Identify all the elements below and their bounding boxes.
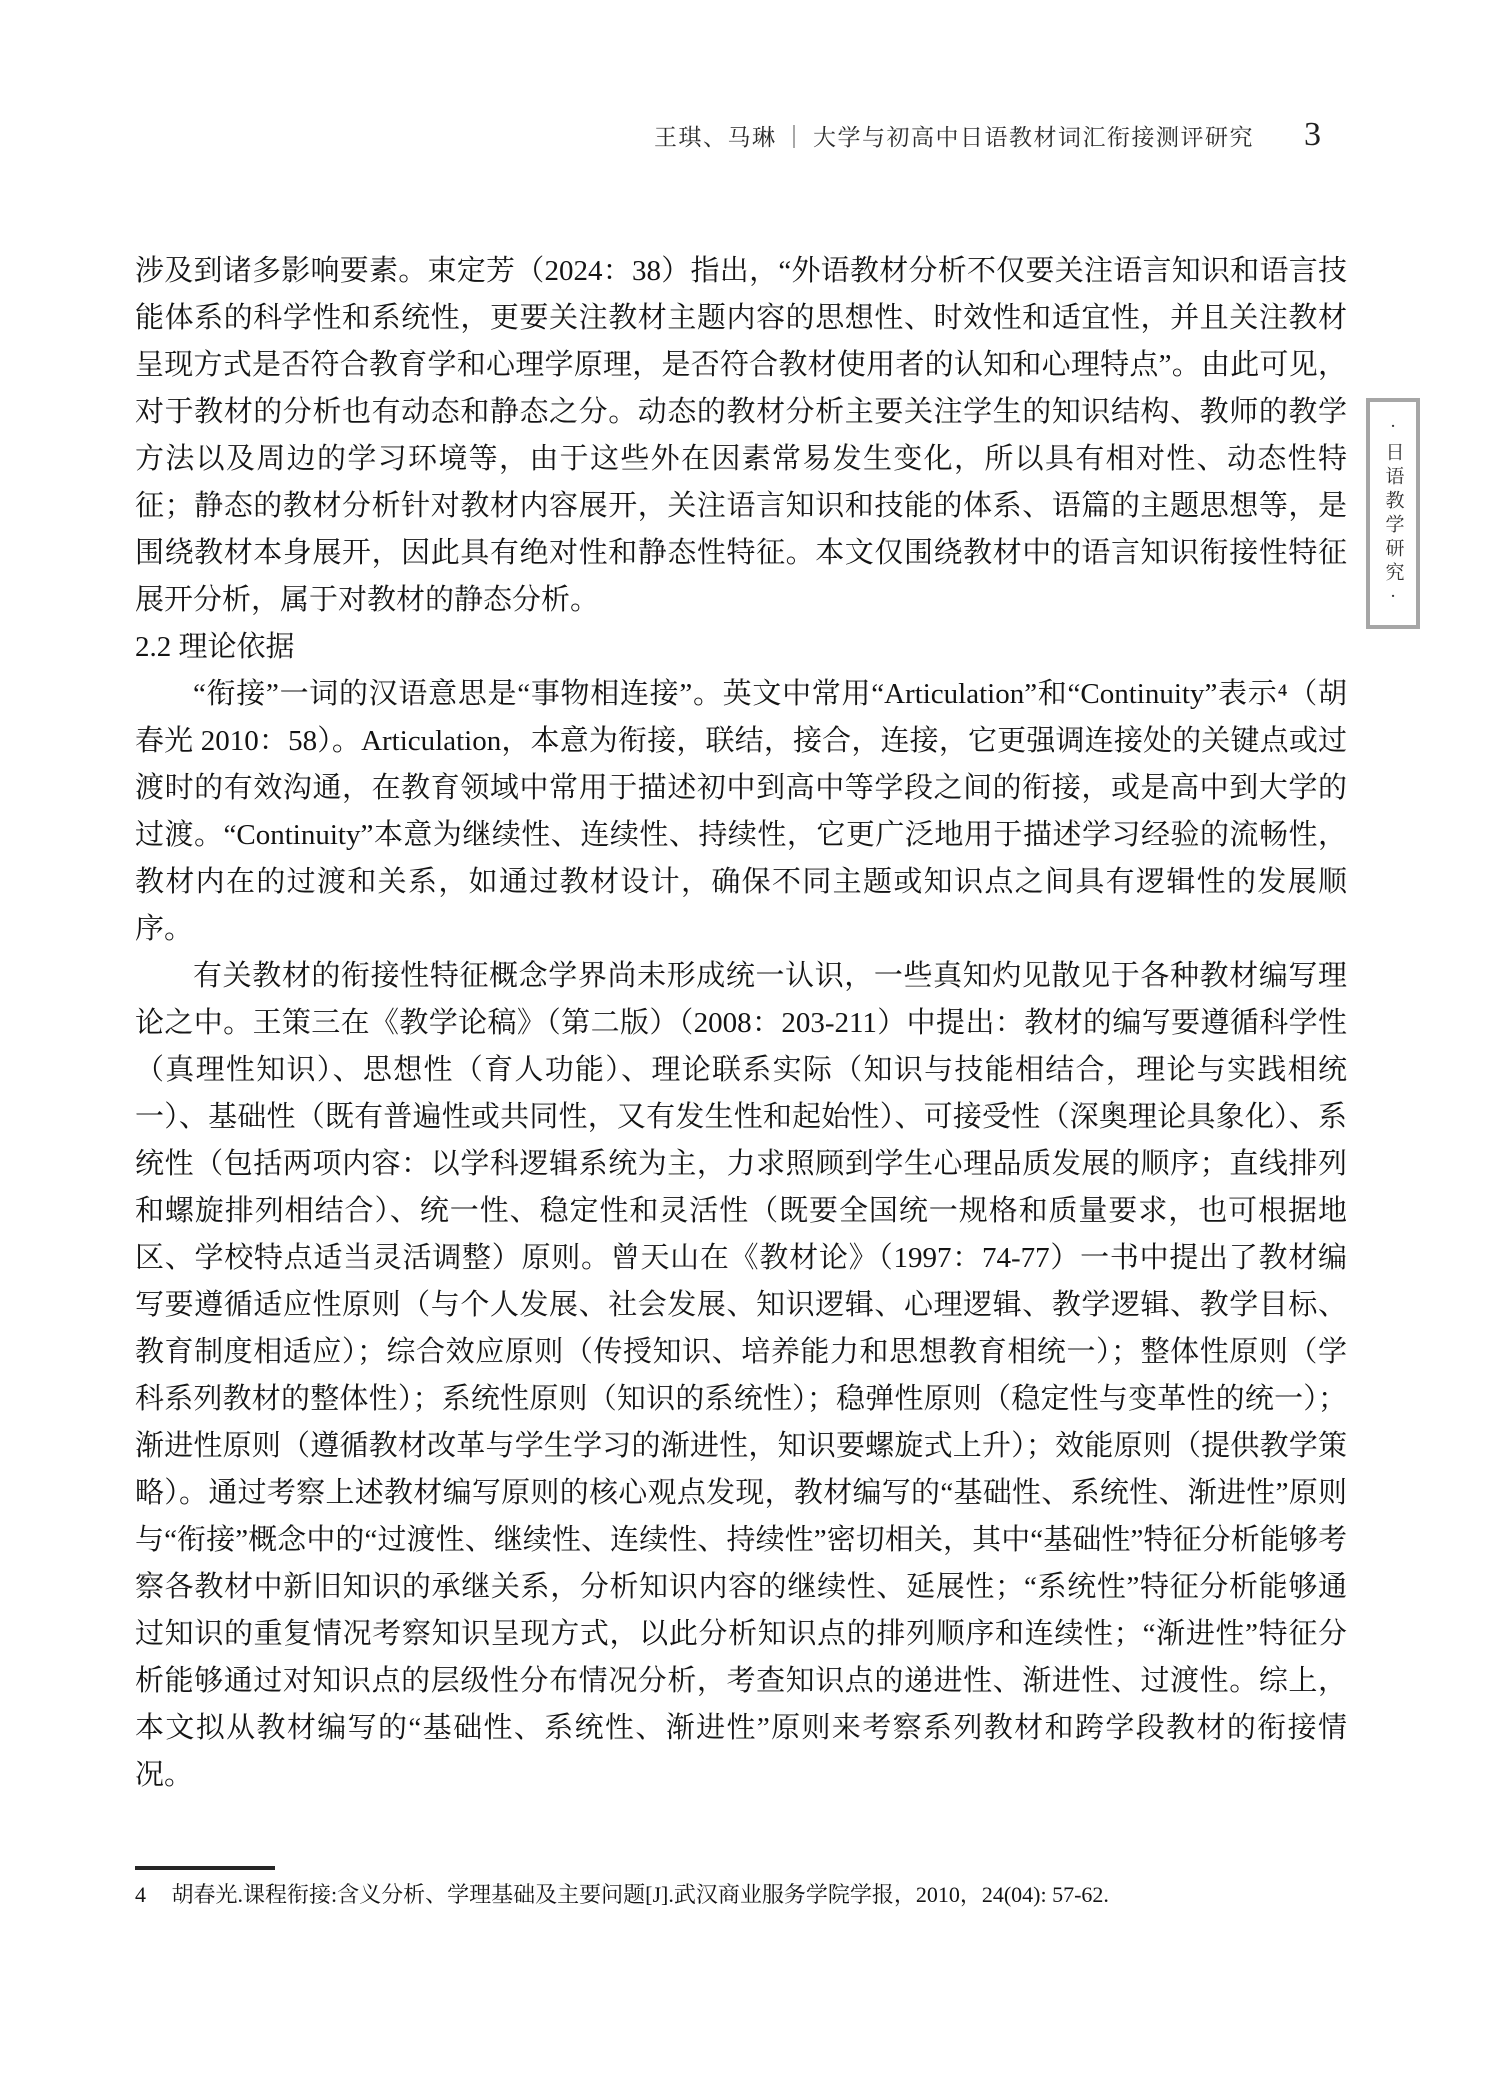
footnote-marker: 4 [135, 1882, 146, 1907]
body-paragraph-3: 有关教材的衔接性特征概念学界尚未形成统一认识，一些真知灼见散见于各种教材编写理论… [135, 953, 1347, 1799]
section-heading-2-2: 2.2 理论依据 [135, 624, 1347, 671]
footnote-separator-rule [135, 1866, 275, 1870]
body-paragraph-2: “衔接”一词的汉语意思是“事物相连接”。英文中常用“Articulation”和… [135, 671, 1347, 953]
article-body: 涉及到诸多影响要素。束定芳（2024：38）指出，“外语教材分析不仅要关注语言知… [135, 248, 1347, 1799]
header-separator: ｜ [783, 119, 808, 152]
journal-page: 王琪、马琳 ｜ 大学与初高中日语教材词汇衔接测评研究 3 ·日语教学研究· 涉及… [0, 0, 1496, 2088]
footnote: 4 胡春光.课程衔接:含义分析、学理基础及主要问题[J].武汉商业服务学院学报，… [135, 1880, 1347, 1910]
column-label-box: ·日语教学研究· [1366, 398, 1420, 629]
page-header: 王琪、马琳 ｜ 大学与初高中日语教材词汇衔接测评研究 3 [135, 116, 1321, 154]
footnote-area: 4 胡春光.课程衔接:含义分析、学理基础及主要问题[J].武汉商业服务学院学报，… [135, 1866, 1347, 1910]
page-number: 3 [1304, 116, 1321, 154]
footnote-text: 胡春光.课程衔接:含义分析、学理基础及主要问题[J].武汉商业服务学院学报，20… [172, 1882, 1109, 1907]
column-label-vertical-text: ·日语教学研究· [1384, 416, 1403, 612]
header-running-title: 大学与初高中日语教材词汇衔接测评研究 [813, 119, 1254, 152]
header-authors: 王琪、马琳 [654, 119, 777, 152]
body-paragraph-1: 涉及到诸多影响要素。束定芳（2024：38）指出，“外语教材分析不仅要关注语言知… [135, 248, 1347, 624]
